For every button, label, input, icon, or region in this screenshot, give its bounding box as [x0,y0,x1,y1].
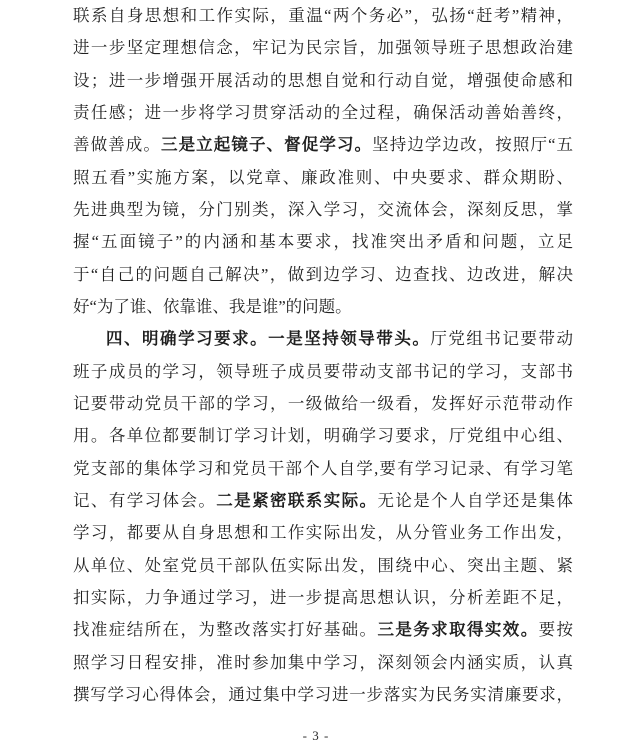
text-line: 握“五面镜子”的内涵和基本要求，找准突出矛盾和问题，立足 [73,226,573,258]
text-segment: 二是紧密联系实际。 [216,491,377,510]
text-segment: 四、明确学习要求。一是坚持领导带头。 [106,329,430,348]
text-segment: 于“自己的问题自己解决”，做到边学习、边查找、边改进，解决 [73,265,573,284]
text-line: 于“自己的问题自己解决”，做到边学习、边查找、边改进，解决 [73,259,573,291]
text-segment: 要按 [539,620,573,639]
text-segment: 扣实际，力争通过学习，进一步提高思想认识，分析差距不足， [73,588,573,607]
text-segment: 从单位、处室党员干部队伍实际出发，围绕中心、突出主题、紧 [73,556,573,575]
text-segment: 先进典型为镜，分门别类，深入学习，交流体会，深刻反思，掌 [73,200,573,219]
page-number: - 3 - [0,728,632,744]
text-segment: 三是务求取得实效。 [377,620,538,639]
text-segment: 记、有学习体会。 [73,491,216,510]
text-segment: 学习，都要从自身思想和工作实际出发，从分管业务工作出发， [73,523,573,542]
text-segment: 照学习日程安排，准时参加集中学习，深刻领会内涵实质，认真 [73,653,573,672]
text-segment: 握“五面镜子”的内涵和基本要求，找准突出矛盾和问题，立足 [73,232,573,251]
text-line: 先进典型为镜，分门别类，深入学习，交流体会，深刻反思，掌 [73,194,573,226]
text-line: 好“为了谁、依靠谁、我是谁”的问题。 [73,291,573,323]
text-segment: 责任感；进一步将学习贯穿活动的全过程，确保活动善始善终， [73,103,573,122]
text-segment: 设；进一步增强开展活动的思想自觉和行动自觉，增强使命感和 [73,71,573,90]
text-segment: 进一步坚定理想信念，牢记为民宗旨，加强领导班子思想政治建 [73,38,573,57]
text-line: 记、有学习体会。二是紧密联系实际。无论是个人自学还是集体 [73,485,573,517]
text-segment: 撰写学习心得体会，通过集中学习进一步落实为民务实清廉要求， [73,685,573,704]
text-segment: 坚持边学边改，按照厅“五 [372,135,573,154]
text-segment: 记要带动党员干部的学习，一级做给一级看，发挥好示范带动作 [73,394,573,413]
text-line: 扣实际，力争通过学习，进一步提高思想认识，分析差距不足， [73,582,573,614]
text-segment: 厅党组书记要带动 [430,329,573,348]
text-line: 从单位、处室党员干部队伍实际出发，围绕中心、突出主题、紧 [73,550,573,582]
text-line: 记要带动党员干部的学习，一级做给一级看，发挥好示范带动作 [73,388,573,420]
paragraph: 联系自身思想和工作实际，重温“两个务必”，弘扬“赶考”精神，进一步坚定理想信念，… [73,0,573,323]
text-line: 设；进一步增强开展活动的思想自觉和行动自觉，增强使命感和 [73,65,573,97]
text-segment: 班子成员的学习，领导班子成员要带动支部书记的学习，支部书 [73,362,573,381]
text-segment: 用。各单位都要制订学习计划，明确学习要求，厅党组中心组、 [73,426,573,445]
text-line: 找准症结所在，为整改落实打好基础。三是务求取得实效。要按 [73,614,573,646]
text-line: 善做善成。三是立起镜子、督促学习。坚持边学边改，按照厅“五 [73,129,573,161]
paragraph: 四、明确学习要求。一是坚持领导带头。厅党组书记要带动班子成员的学习，领导班子成员… [73,323,573,711]
text-line: 联系自身思想和工作实际，重温“两个务必”，弘扬“赶考”精神， [73,0,573,32]
document-content: 联系自身思想和工作实际，重温“两个务必”，弘扬“赶考”精神，进一步坚定理想信念，… [73,0,573,711]
text-segment: 无论是个人自学还是集体 [377,491,573,510]
text-segment: 联系自身思想和工作实际，重温“两个务必”，弘扬“赶考”精神， [73,6,573,25]
document-page: 联系自身思想和工作实际，重温“两个务必”，弘扬“赶考”精神，进一步坚定理想信念，… [0,0,632,755]
text-line: 党支部的集体学习和党员干部个人自学,要有学习记录、有学习笔 [73,453,573,485]
text-line: 进一步坚定理想信念，牢记为民宗旨，加强领导班子思想政治建 [73,32,573,64]
text-segment: 善做善成。 [73,135,161,154]
text-line: 用。各单位都要制订学习计划，明确学习要求，厅党组中心组、 [73,420,573,452]
text-segment: 找准症结所在，为整改落实打好基础。 [73,620,377,639]
text-line: 照五看”实施方案，以党章、廉政准则、中央要求、群众期盼、 [73,162,573,194]
text-segment: 三是立起镜子、督促学习。 [161,135,372,154]
text-segment: 党支部的集体学习和党员干部个人自学,要有学习记录、有学习笔 [73,459,573,478]
text-line: 照学习日程安排，准时参加集中学习，深刻领会内涵实质，认真 [73,647,573,679]
text-line: 四、明确学习要求。一是坚持领导带头。厅党组书记要带动 [73,323,573,355]
text-line: 学习，都要从自身思想和工作实际出发，从分管业务工作出发， [73,517,573,549]
text-line: 责任感；进一步将学习贯穿活动的全过程，确保活动善始善终， [73,97,573,129]
text-line: 班子成员的学习，领导班子成员要带动支部书记的学习，支部书 [73,356,573,388]
text-segment: 好“为了谁、依靠谁、我是谁”的问题。 [73,297,352,316]
text-line: 撰写学习心得体会，通过集中学习进一步落实为民务实清廉要求， [73,679,573,711]
text-segment: 照五看”实施方案，以党章、廉政准则、中央要求、群众期盼、 [73,168,573,187]
